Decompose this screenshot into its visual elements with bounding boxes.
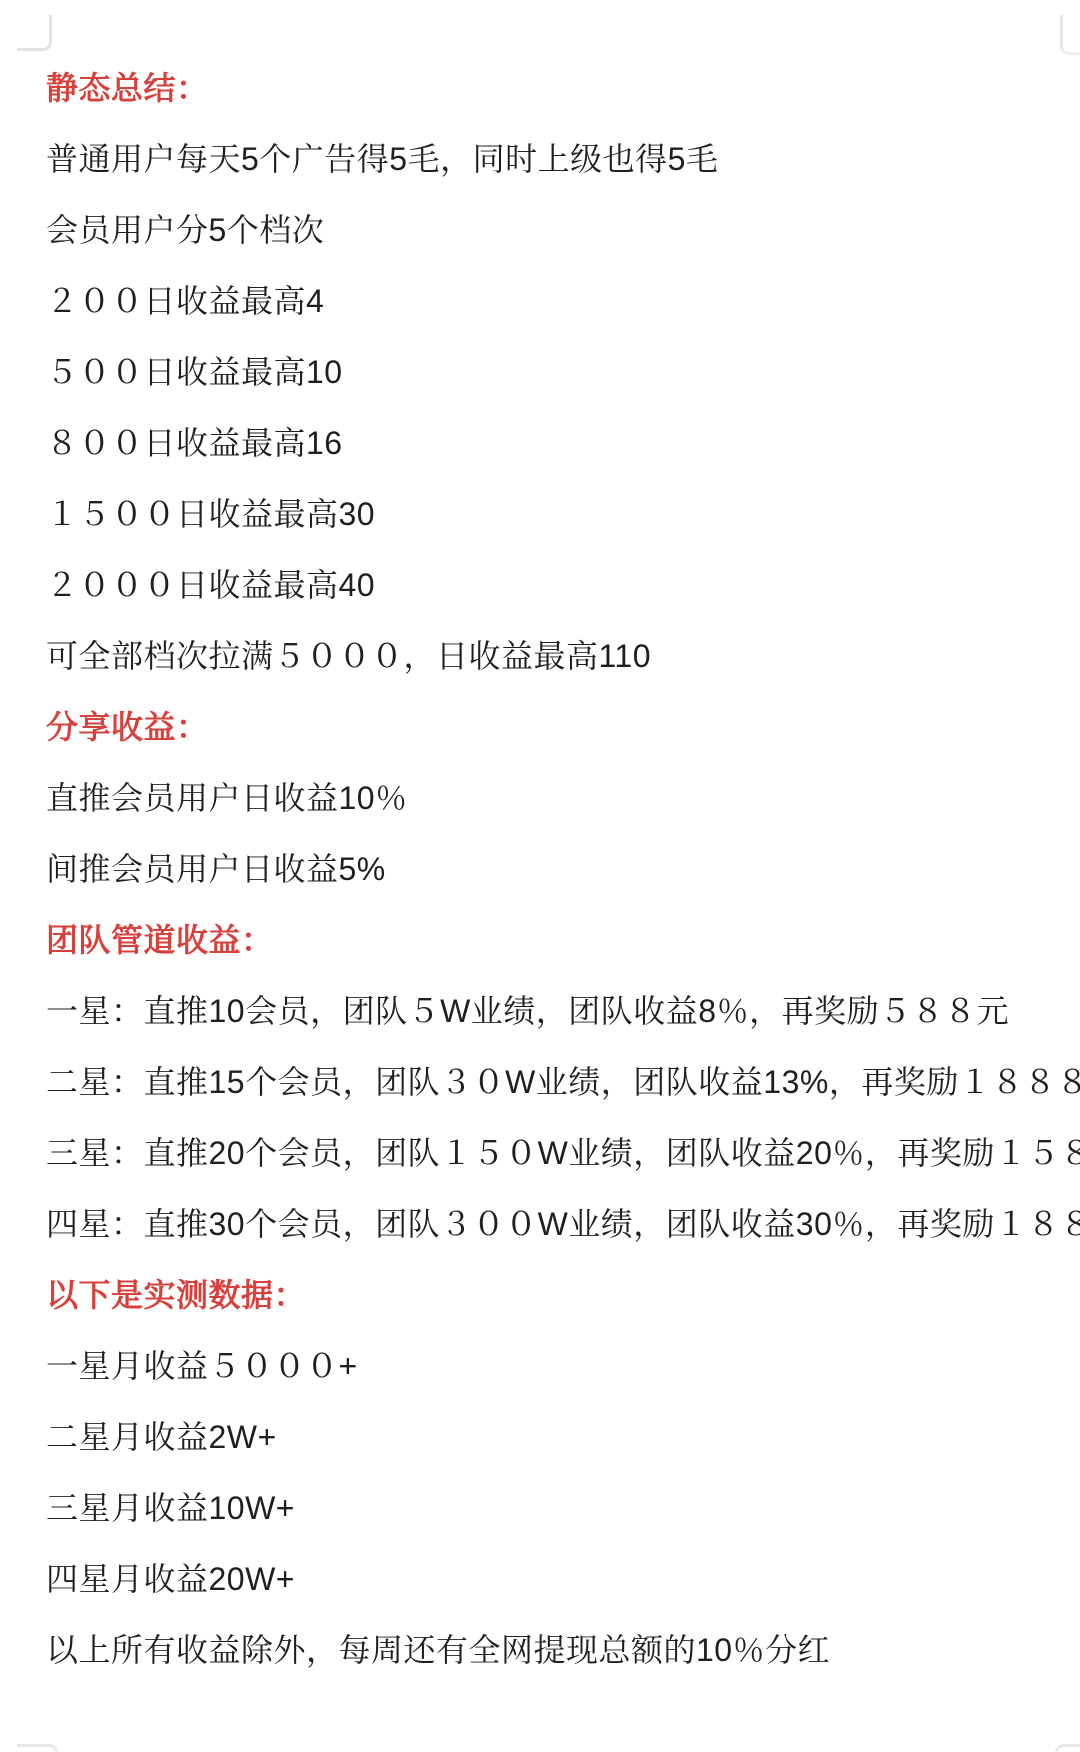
doc-line: 以上所有收益除外，每周还有全网提现总额的10％分红 bbox=[46, 1615, 1060, 1686]
section-heading: 静态总结： bbox=[46, 53, 1060, 124]
doc-line: 间推会员用户日收益5% bbox=[46, 834, 1060, 905]
doc-line: 二星：直推15个会员，团队３０W业绩，团队收益13%，再奖励１８８８元 bbox=[46, 1047, 1060, 1118]
document-body: 静态总结：普通用户每天5个广告得5毛，同时上级也得5毛会员用户分5个档次２００日… bbox=[46, 53, 1060, 1686]
corner-bracket-bottom-right bbox=[1055, 1744, 1080, 1752]
doc-line: 可全部档次拉满５０００，日收益最高110 bbox=[46, 621, 1060, 692]
doc-line: 会员用户分5个档次 bbox=[46, 195, 1060, 266]
doc-line: ２００日收益最高4 bbox=[46, 266, 1060, 337]
corner-bracket-top-right bbox=[1060, 15, 1080, 55]
doc-line: 直推会员用户日收益10％ bbox=[46, 763, 1060, 834]
doc-line: ２０００日收益最高40 bbox=[46, 550, 1060, 621]
section-heading: 分享收益： bbox=[46, 692, 1060, 763]
doc-line: 四星月收益20W+ bbox=[46, 1544, 1060, 1615]
corner-bracket-bottom-left bbox=[17, 1744, 58, 1752]
doc-line: 二星月收益2W+ bbox=[46, 1402, 1060, 1473]
section-heading: 以下是实测数据： bbox=[46, 1260, 1060, 1331]
doc-line: 普通用户每天5个广告得5毛，同时上级也得5毛 bbox=[46, 124, 1060, 195]
doc-line: ８００日收益最高16 bbox=[46, 408, 1060, 479]
doc-line: 四星：直推30个会员，团队３００W业绩，团队收益30％，再奖励１８８８８元 bbox=[46, 1189, 1060, 1260]
doc-line: ５００日收益最高10 bbox=[46, 337, 1060, 408]
section-heading: 团队管道收益： bbox=[46, 905, 1060, 976]
doc-line: 三星月收益10W+ bbox=[46, 1473, 1060, 1544]
corner-bracket-top-left bbox=[17, 15, 52, 51]
doc-line: 一星月收益５０００+ bbox=[46, 1331, 1060, 1402]
doc-line: １５００日收益最高30 bbox=[46, 479, 1060, 550]
page: 静态总结：普通用户每天5个广告得5毛，同时上级也得5毛会员用户分5个档次２００日… bbox=[0, 0, 1080, 1752]
doc-line: 一星：直推10会员，团队５W业绩，团队收益8％，再奖励５８８元 bbox=[46, 976, 1060, 1047]
doc-line: 三星：直推20个会员，团队１５０W业绩，团队收益20％，再奖励１５８８８元 bbox=[46, 1118, 1060, 1189]
